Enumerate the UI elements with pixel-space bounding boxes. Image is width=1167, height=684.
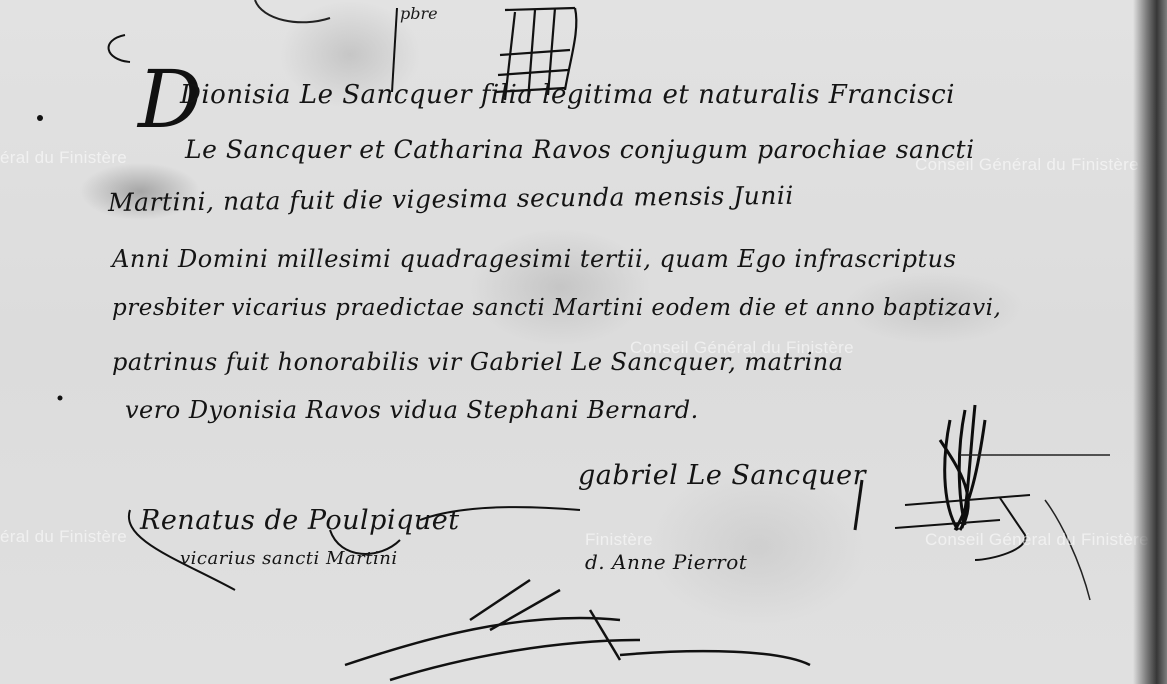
watermark-text: Conseil Général du Finistère bbox=[925, 530, 1149, 550]
entry-line-5: presbiter vicarius praedictae sancti Mar… bbox=[112, 295, 1001, 321]
entry-line-4: Anni Domini millesimi quadragesimi terti… bbox=[112, 245, 956, 273]
margin-note-pbre: pbre bbox=[400, 4, 438, 23]
page-binding-edge bbox=[1133, 0, 1167, 684]
entry-line-2: Le Sancquer et Catharina Ravos conjugum … bbox=[185, 135, 975, 164]
watermark-text: Conseil Général du Finistère bbox=[630, 338, 854, 358]
signature-vicarius-title: vicarius sancti Martini bbox=[180, 548, 398, 569]
watermark-text: Finistère bbox=[585, 530, 653, 550]
signature-gabriel-le-sancquer: gabriel Le Sancquer bbox=[578, 460, 866, 491]
watermark-text: éral du Finistère bbox=[0, 148, 127, 168]
entry-line-7: vero Dyonisia Ravos vidua Stephani Berna… bbox=[125, 396, 699, 424]
watermark-text: Conseil Général du Finistère bbox=[915, 155, 1139, 175]
entry-line-1: Dionisia Le Sancquer filia legitima et n… bbox=[180, 80, 955, 110]
watermark-text: éral du Finistère bbox=[0, 527, 127, 547]
signature-renatus-de-poulpiquet: Renatus de Poulpiquet bbox=[140, 505, 460, 536]
archival-document-page: pbre D Dionisia Le Sancquer filia legiti… bbox=[0, 0, 1167, 684]
signature-anne-pierrot: d. Anne Pierrot bbox=[585, 550, 747, 574]
